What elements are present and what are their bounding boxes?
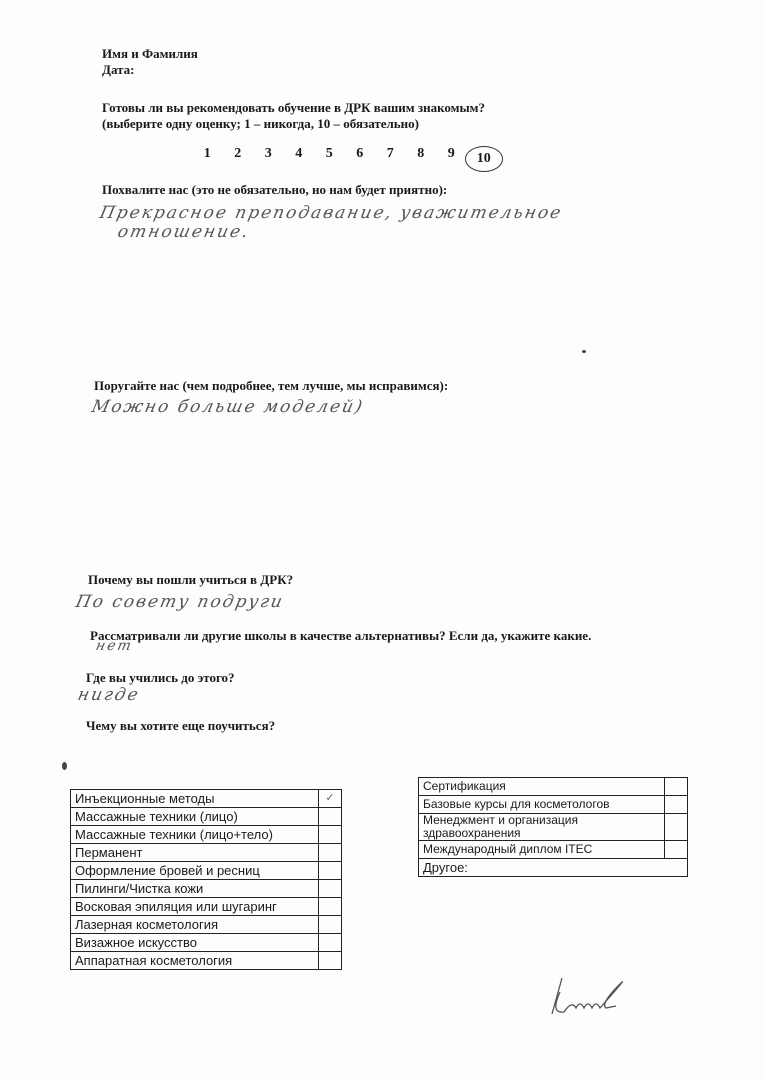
other-field[interactable]: Другое: [419,859,688,877]
option-checkbox[interactable] [319,862,342,880]
option-checkbox[interactable] [665,796,688,814]
option-label: Визажное искусство [71,934,319,952]
rating-option-2[interactable]: 2 [223,146,254,172]
scan-speck [582,350,586,353]
option-row: Сертификация [419,778,688,796]
option-label: Аппаратная косметология [71,952,319,970]
rating-option-7[interactable]: 7 [375,146,406,172]
option-checkbox[interactable] [319,916,342,934]
option-checkbox[interactable] [319,844,342,862]
option-row: Международный диплом ITEC [419,841,688,859]
option-checkbox[interactable]: ✓ [319,790,342,808]
right-options-table: СертификацияБазовые курсы для косметолог… [418,777,688,877]
option-checkbox[interactable] [319,952,342,970]
option-label: Массажные техники (лицо+тело) [71,826,319,844]
signature [540,972,640,1022]
option-row: Массажные техники (лицо+тело) [71,826,342,844]
option-label: Базовые курсы для косметологов [419,796,665,814]
option-row: Базовые курсы для косметологов [419,796,688,814]
option-row: Менеджмент и организация здравоохранения [419,814,688,841]
criticism-answer: Можно больше моделей) [90,397,366,417]
praise-answer-line2: отношение. [116,222,252,242]
recommend-question: Готовы ли вы рекомендовать обучение в ДР… [102,100,485,116]
other-row: Другое: [419,859,688,877]
rating-option-10[interactable]: 10 [465,146,504,172]
option-row: Инъекционные методы✓ [71,790,342,808]
option-label: Инъекционные методы [71,790,319,808]
option-row: Оформление бровей и ресниц [71,862,342,880]
option-row: Восковая эпиляция или шугаринг [71,898,342,916]
rating-option-8[interactable]: 8 [406,146,437,172]
recommend-hint: (выберите одну оценку; 1 – никогда, 10 –… [102,116,419,132]
criticism-question: Поругайте нас (чем подробнее, тем лучше,… [94,378,448,394]
option-row: Пилинги/Чистка кожи [71,880,342,898]
option-label: Международный диплом ITEC [419,841,665,859]
option-label: Лазерная косметология [71,916,319,934]
option-row: Лазерная косметология [71,916,342,934]
option-label: Восковая эпиляция или шугаринг [71,898,319,916]
option-checkbox[interactable] [665,814,688,841]
option-row: Аппаратная косметология [71,952,342,970]
rating-option-5[interactable]: 5 [314,146,345,172]
alternatives-question: Рассматривали ли другие школы в качестве… [90,628,591,644]
option-label: Сертификация [419,778,665,796]
option-checkbox[interactable] [665,841,688,859]
rating-option-3[interactable]: 3 [253,146,284,172]
learn-more-question: Чему вы хотите еще поучиться? [86,718,275,734]
previous-answer: нигде [76,685,142,705]
why-answer: По совету подруги [74,592,286,612]
rating-scale[interactable]: 12345678910 [192,146,503,172]
option-label: Пилинги/Чистка кожи [71,880,319,898]
option-label: Массажные техники (лицо) [71,808,319,826]
alternatives-answer: нет [94,638,134,654]
praise-question: Похвалите нас (это не обязательно, но на… [102,182,447,198]
option-label: Оформление бровей и ресниц [71,862,319,880]
option-checkbox[interactable] [319,826,342,844]
name-label: Имя и Фамилия [102,46,198,62]
option-checkbox[interactable] [319,808,342,826]
option-checkbox[interactable] [319,880,342,898]
date-label: Дата: [102,62,134,78]
rating-option-1[interactable]: 1 [192,146,223,172]
option-checkbox[interactable] [319,934,342,952]
option-row: Перманент [71,844,342,862]
option-label: Перманент [71,844,319,862]
left-options-table: Инъекционные методы✓Массажные техники (л… [70,789,342,970]
rating-option-6[interactable]: 6 [345,146,376,172]
option-checkbox[interactable] [319,898,342,916]
rating-option-4[interactable]: 4 [284,146,315,172]
option-row: Массажные техники (лицо) [71,808,342,826]
option-checkbox[interactable] [665,778,688,796]
rating-option-9[interactable]: 9 [436,146,467,172]
praise-answer-line1: Прекрасное преподавание, уважительное [98,203,565,223]
why-question: Почему вы пошли учиться в ДРК? [88,572,293,588]
option-label: Менеджмент и организация здравоохранения [419,814,665,841]
previous-question: Где вы учились до этого? [86,670,235,686]
option-row: Визажное искусство [71,934,342,952]
scan-speck [62,762,67,770]
